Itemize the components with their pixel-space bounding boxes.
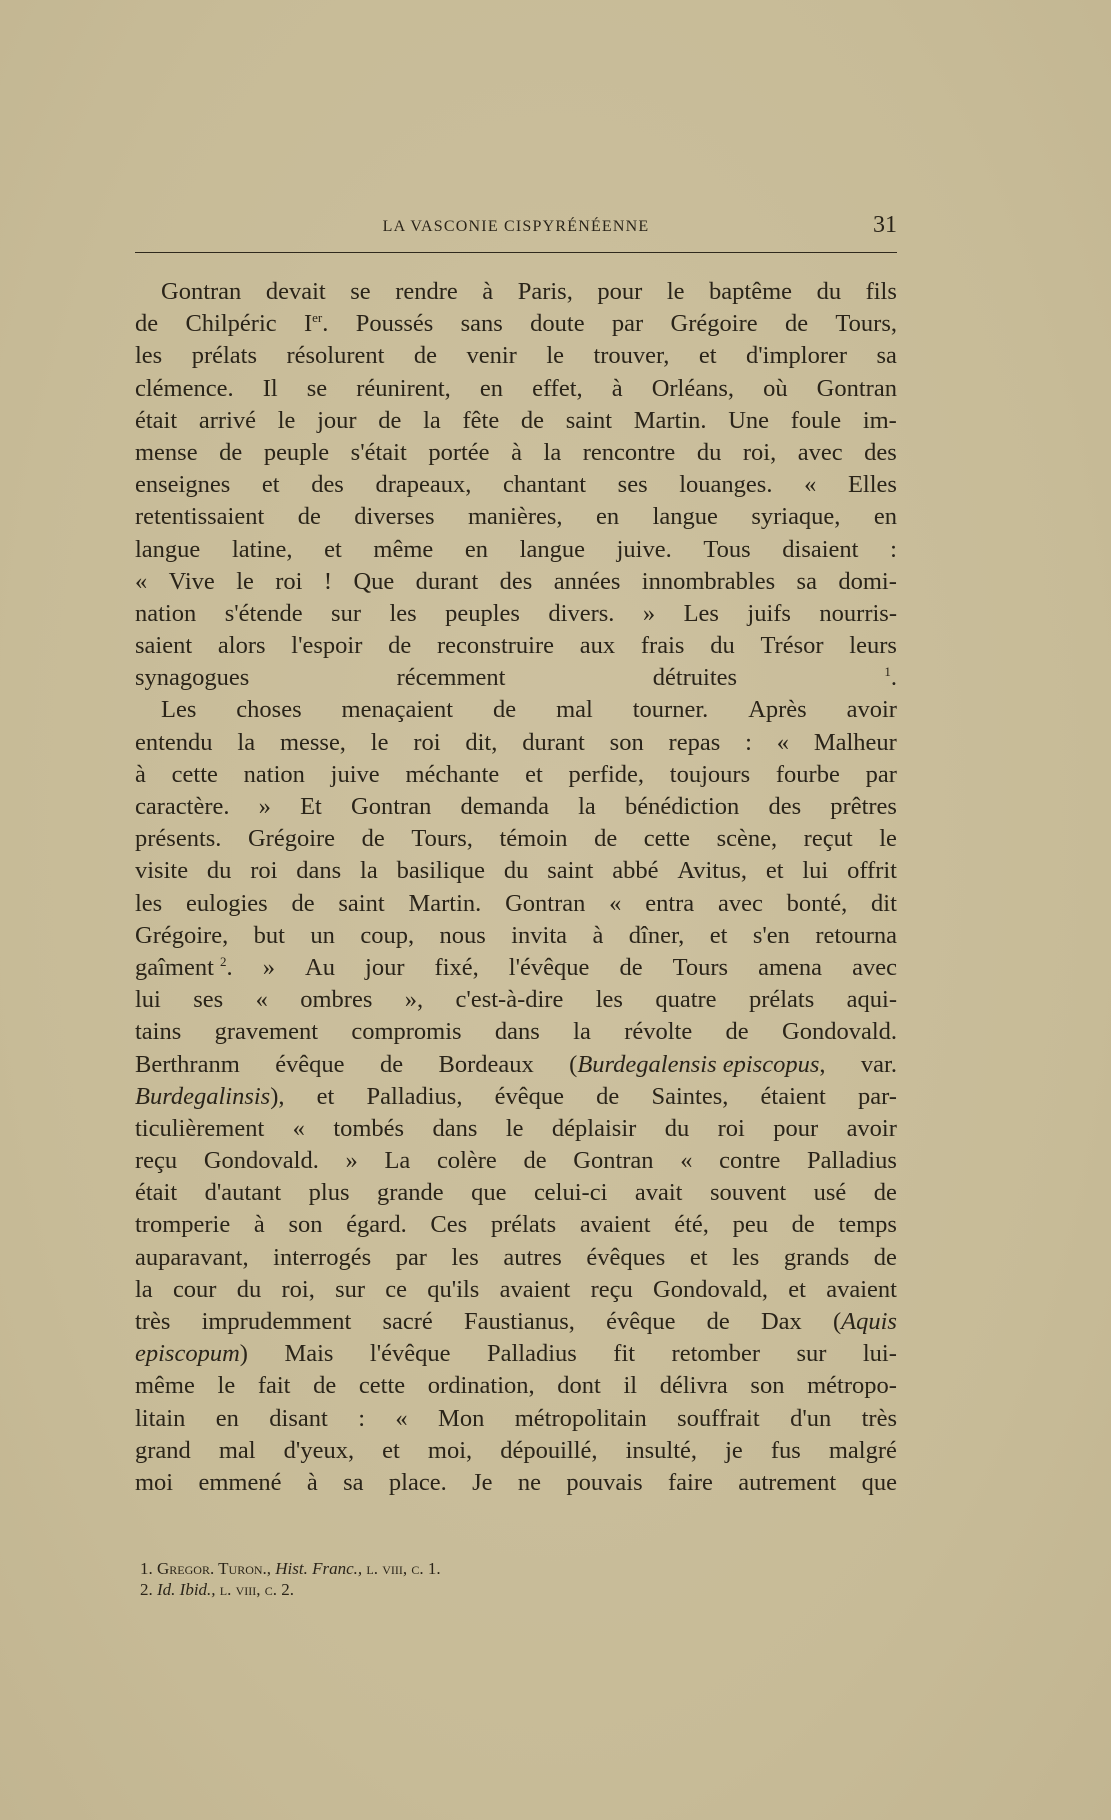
text-line: étaitarrivélejourdelafêtedesaintMartin.U… [135, 405, 897, 437]
footnote-number: 1. [140, 1559, 157, 1578]
text-line: auparavant,interrogésparlesautresévêques… [135, 1242, 897, 1274]
text-line: trèsimprudemmentsacréFaustianus,évêquede… [135, 1306, 897, 1338]
text-line: lacourduroi,surcequ'ilsavaientreçuGondov… [135, 1274, 897, 1306]
text-line: mêmelefaitdecetteordination,dontildélivr… [135, 1370, 897, 1402]
text-line: tainsgravementcompromisdanslarévoltedeGo… [135, 1016, 897, 1048]
text-line: languelatine,etmêmeenlanguejuive.Tousdis… [135, 534, 897, 566]
running-title: La Vasconie cispyrénéenne [135, 218, 897, 236]
text-line: Grégoire,butuncoup,nousinvitaàdîner,ets'… [135, 920, 897, 952]
footnote-title: Id. Ibid., [157, 1580, 220, 1599]
text-line: reçuGondovald.»LacolèredeGontran«contreP… [135, 1145, 897, 1177]
footnote: 1. Gregor. Turon., Hist. Franc., l. viii… [140, 1558, 441, 1579]
footnotes: 1. Gregor. Turon., Hist. Franc., l. viii… [140, 1558, 441, 1600]
footnote-number: 2. [140, 1580, 157, 1599]
text-line: àcettenationjuiveméchanteetperfide,toujo… [135, 759, 897, 791]
text-line: GontrandevaitserendreàParis,pourlebaptêm… [135, 276, 897, 308]
text-line: enseignesetdesdrapeaux,chantantseslouang… [135, 469, 897, 501]
text-line: Burdegalinsis),etPalladius,évêquedeSaint… [135, 1081, 897, 1113]
text-line: grandmald'yeux,etmoi,dépouillé,insulté,j… [135, 1435, 897, 1467]
footnote-author: Gregor. Turon., [157, 1559, 275, 1578]
text-line: ticulièrement«tombésdansledéplaisirduroi… [135, 1113, 897, 1145]
text-line: nations'étendesurlespeuplesdivers.»Lesju… [135, 598, 897, 630]
running-header: La Vasconie cispyrénéenne 31 [135, 214, 897, 244]
text-line: clémence.Ilseréunirent,eneffet,àOrléans,… [135, 373, 897, 405]
text-line: gaîment 2.»Aujourfixé,l'évêquedeToursame… [135, 952, 897, 984]
text-line: lesprélatsrésolurentdevenirletrouver,etd… [135, 340, 897, 372]
text-line: deChilpéricIer.PousséssansdouteparGrégoi… [135, 308, 897, 340]
text-line: visiteduroidanslabasiliquedusaintabbéAvi… [135, 855, 897, 887]
text-line: litainendisant:«Monmétropolitainsouffrai… [135, 1403, 897, 1435]
text-line: entendulamesse,leroidit,durantsonrepas:«… [135, 727, 897, 759]
text-line: caractère.»EtGontrandemandalabénédiction… [135, 791, 897, 823]
text-line: leseulogiesdesaintMartin.Gontran«entraav… [135, 888, 897, 920]
page-number: 31 [873, 212, 897, 239]
text-line: présents.GrégoiredeTours,témoindecettesc… [135, 823, 897, 855]
text-line: episcopum)Maisl'évêquePalladiusfitretomb… [135, 1338, 897, 1370]
header-rule [135, 252, 897, 253]
text-line: étaitd'autantplusgrandequecelui-ciavaits… [135, 1177, 897, 1209]
text-line: BerthranmévêquedeBordeaux(Burdegalensis … [135, 1049, 897, 1081]
footnote-ref: l. viii, c. 1. [366, 1559, 440, 1578]
text-line: retentissaientdediversesmanières,enlangu… [135, 501, 897, 533]
text-line: moiemmenéàsaplace.Jenepouvaisfaireautrem… [135, 1467, 897, 1499]
text-line: Leschosesmenaçaientdemaltourner.Aprèsavo… [135, 694, 897, 726]
text-line: luises«ombres»,c'est-à-direlesquatreprél… [135, 984, 897, 1016]
footnote-title: Hist. Franc., [275, 1559, 366, 1578]
footnote: 2. Id. Ibid., l. viii, c. 2. [140, 1579, 441, 1600]
text-line: «Viveleroi!Quedurantdesannéesinnombrable… [135, 566, 897, 598]
body-text: GontrandevaitserendreàParis,pourlebaptêm… [135, 276, 897, 1499]
text-line: synagogues récemment détruites 1. [135, 662, 897, 694]
text-line: mensedepeuples'étaitportéeàlarencontredu… [135, 437, 897, 469]
text-line: saientalorsl'espoirdereconstruireauxfrai… [135, 630, 897, 662]
footnote-ref: l. viii, c. 2. [220, 1580, 294, 1599]
text-line: tromperieàsonégard.Cesprélatsavaientété,… [135, 1209, 897, 1241]
